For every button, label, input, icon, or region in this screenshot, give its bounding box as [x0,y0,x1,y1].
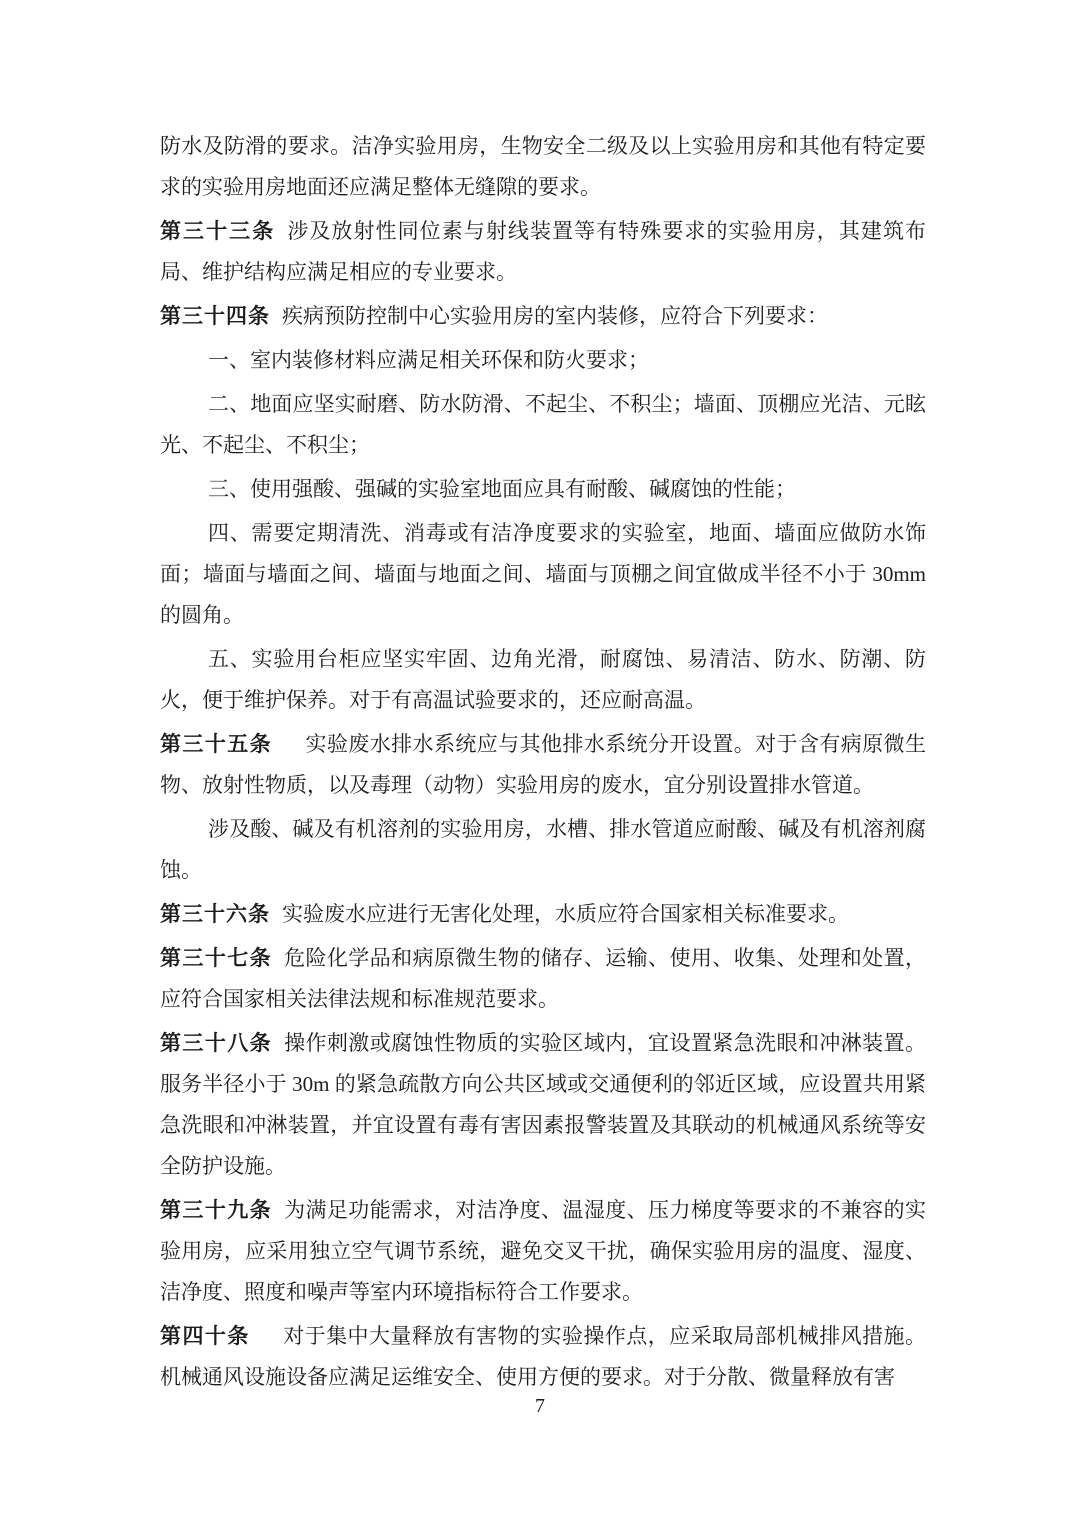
list-item-5: 五、实验用台柜应坚实牢固、边角光滑，耐腐蚀、易清洁、防水、防潮、防火，便于维护保… [160,639,926,721]
article-39: 第三十九条为满足功能需求，对洁净度、温湿度、压力梯度等要求的不兼容的实验用房，应… [160,1190,926,1313]
article-40-text: 对于集中大量释放有害物的实验操作点，应采取局部机械排风措施。机械通风设施设备应满… [160,1324,926,1389]
article-36: 第三十六条实验废水应进行无害化处理，水质应符合国家相关标准要求。 [160,894,926,935]
paragraph-continuation: 防水及防滑的要求。洁净实验用房，生物安全二级及以上实验用房和其他有特定要求的实验… [160,126,926,208]
list-item-5-text: 五、实验用台柜应坚实牢固、边角光滑，耐腐蚀、易清洁、防水、防潮、防火，便于维护保… [160,647,926,712]
article-34: 第三十四条疾病预防控制中心实验用房的室内装修，应符合下列要求： [160,296,926,337]
article-37-number: 第三十七条 [160,947,272,970]
article-37: 第三十七条危险化学品和病原微生物的储存、运输、使用、收集、处理和处置，应符合国家… [160,938,926,1020]
article-39-text: 为满足功能需求，对洁净度、温湿度、压力梯度等要求的不兼容的实验用房，应采用独立空… [160,1198,926,1304]
list-item-3-text: 三、使用强酸、强碱的实验室地面应具有耐酸、碱腐蚀的性能； [208,477,796,501]
list-item-3: 三、使用强酸、强碱的实验室地面应具有耐酸、碱腐蚀的性能； [160,469,926,510]
list-item-2: 二、地面应坚实耐磨、防水防滑、不起尘、不积尘；墙面、顶棚应光洁、元眩光、不起尘、… [160,384,926,466]
list-item-2-text: 二、地面应坚实耐磨、防水防滑、不起尘、不积尘；墙面、顶棚应光洁、元眩光、不起尘、… [160,392,926,457]
article-38-number: 第三十八条 [160,1032,272,1055]
article-35: 第三十五条 实验废水排水系统应与其他排水系统分开设置。对于含有病原微生物、放射性… [160,724,926,806]
article-38-text: 操作刺激或腐蚀性物质的实验区域内，宜设置紧急洗眼和冲淋装置。服务半径小于 30m… [160,1031,926,1178]
article-36-text: 实验废水应进行无害化处理，水质应符合国家相关标准要求。 [282,902,849,926]
article-36-number: 第三十六条 [160,903,270,926]
document-page: 防水及防滑的要求。洁净实验用房，生物安全二级及以上实验用房和其他有特定要求的实验… [0,0,1080,1527]
article-39-number: 第三十九条 [160,1199,272,1222]
article-33: 第三十三条涉及放射性同位素与射线装置等有特殊要求的实验用房，其建筑布局、维护结构… [160,211,926,293]
article-40: 第四十条 对于集中大量释放有害物的实验操作点，应采取局部机械排风措施。机械通风设… [160,1316,926,1398]
page-number: 7 [0,1392,1080,1420]
list-item-4: 四、需要定期清洗、消毒或有洁净度要求的实验室，地面、墙面应做防水饰面；墙面与墙面… [160,513,926,636]
paragraph-text: 防水及防滑的要求。洁净实验用房，生物安全二级及以上实验用房和其他有特定要求的实验… [160,134,926,199]
article-37-text: 危险化学品和病原微生物的储存、运输、使用、收集、处理和处置，应符合国家相关法律法… [160,946,926,1011]
list-item-1-text: 一、室内装修材料应满足相关环保和防火要求； [208,348,649,372]
article-35-subparagraph-text: 涉及酸、碱及有机溶剂的实验用房，水槽、排水管道应耐酸、碱及有机溶剂腐蚀。 [160,817,926,882]
list-item-4-text: 四、需要定期清洗、消毒或有洁净度要求的实验室，地面、墙面应做防水饰面；墙面与墙面… [160,521,926,627]
article-34-text: 疾病预防控制中心实验用房的室内装修，应符合下列要求： [282,304,828,328]
article-34-number: 第三十四条 [160,305,270,328]
document-content: 防水及防滑的要求。洁净实验用房，生物安全二级及以上实验用房和其他有特定要求的实验… [160,126,926,1401]
article-35-number: 第三十五条 [160,733,272,756]
article-35-text: 实验废水排水系统应与其他排水系统分开设置。对于含有病原微生物、放射性物质，以及毒… [160,732,926,797]
article-38: 第三十八条操作刺激或腐蚀性物质的实验区域内，宜设置紧急洗眼和冲淋装置。服务半径小… [160,1023,926,1187]
article-35-subparagraph: 涉及酸、碱及有机溶剂的实验用房，水槽、排水管道应耐酸、碱及有机溶剂腐蚀。 [160,809,926,891]
article-33-number: 第三十三条 [160,220,275,243]
list-item-1: 一、室内装修材料应满足相关环保和防火要求； [160,340,926,381]
article-40-number: 第四十条 [160,1325,250,1348]
